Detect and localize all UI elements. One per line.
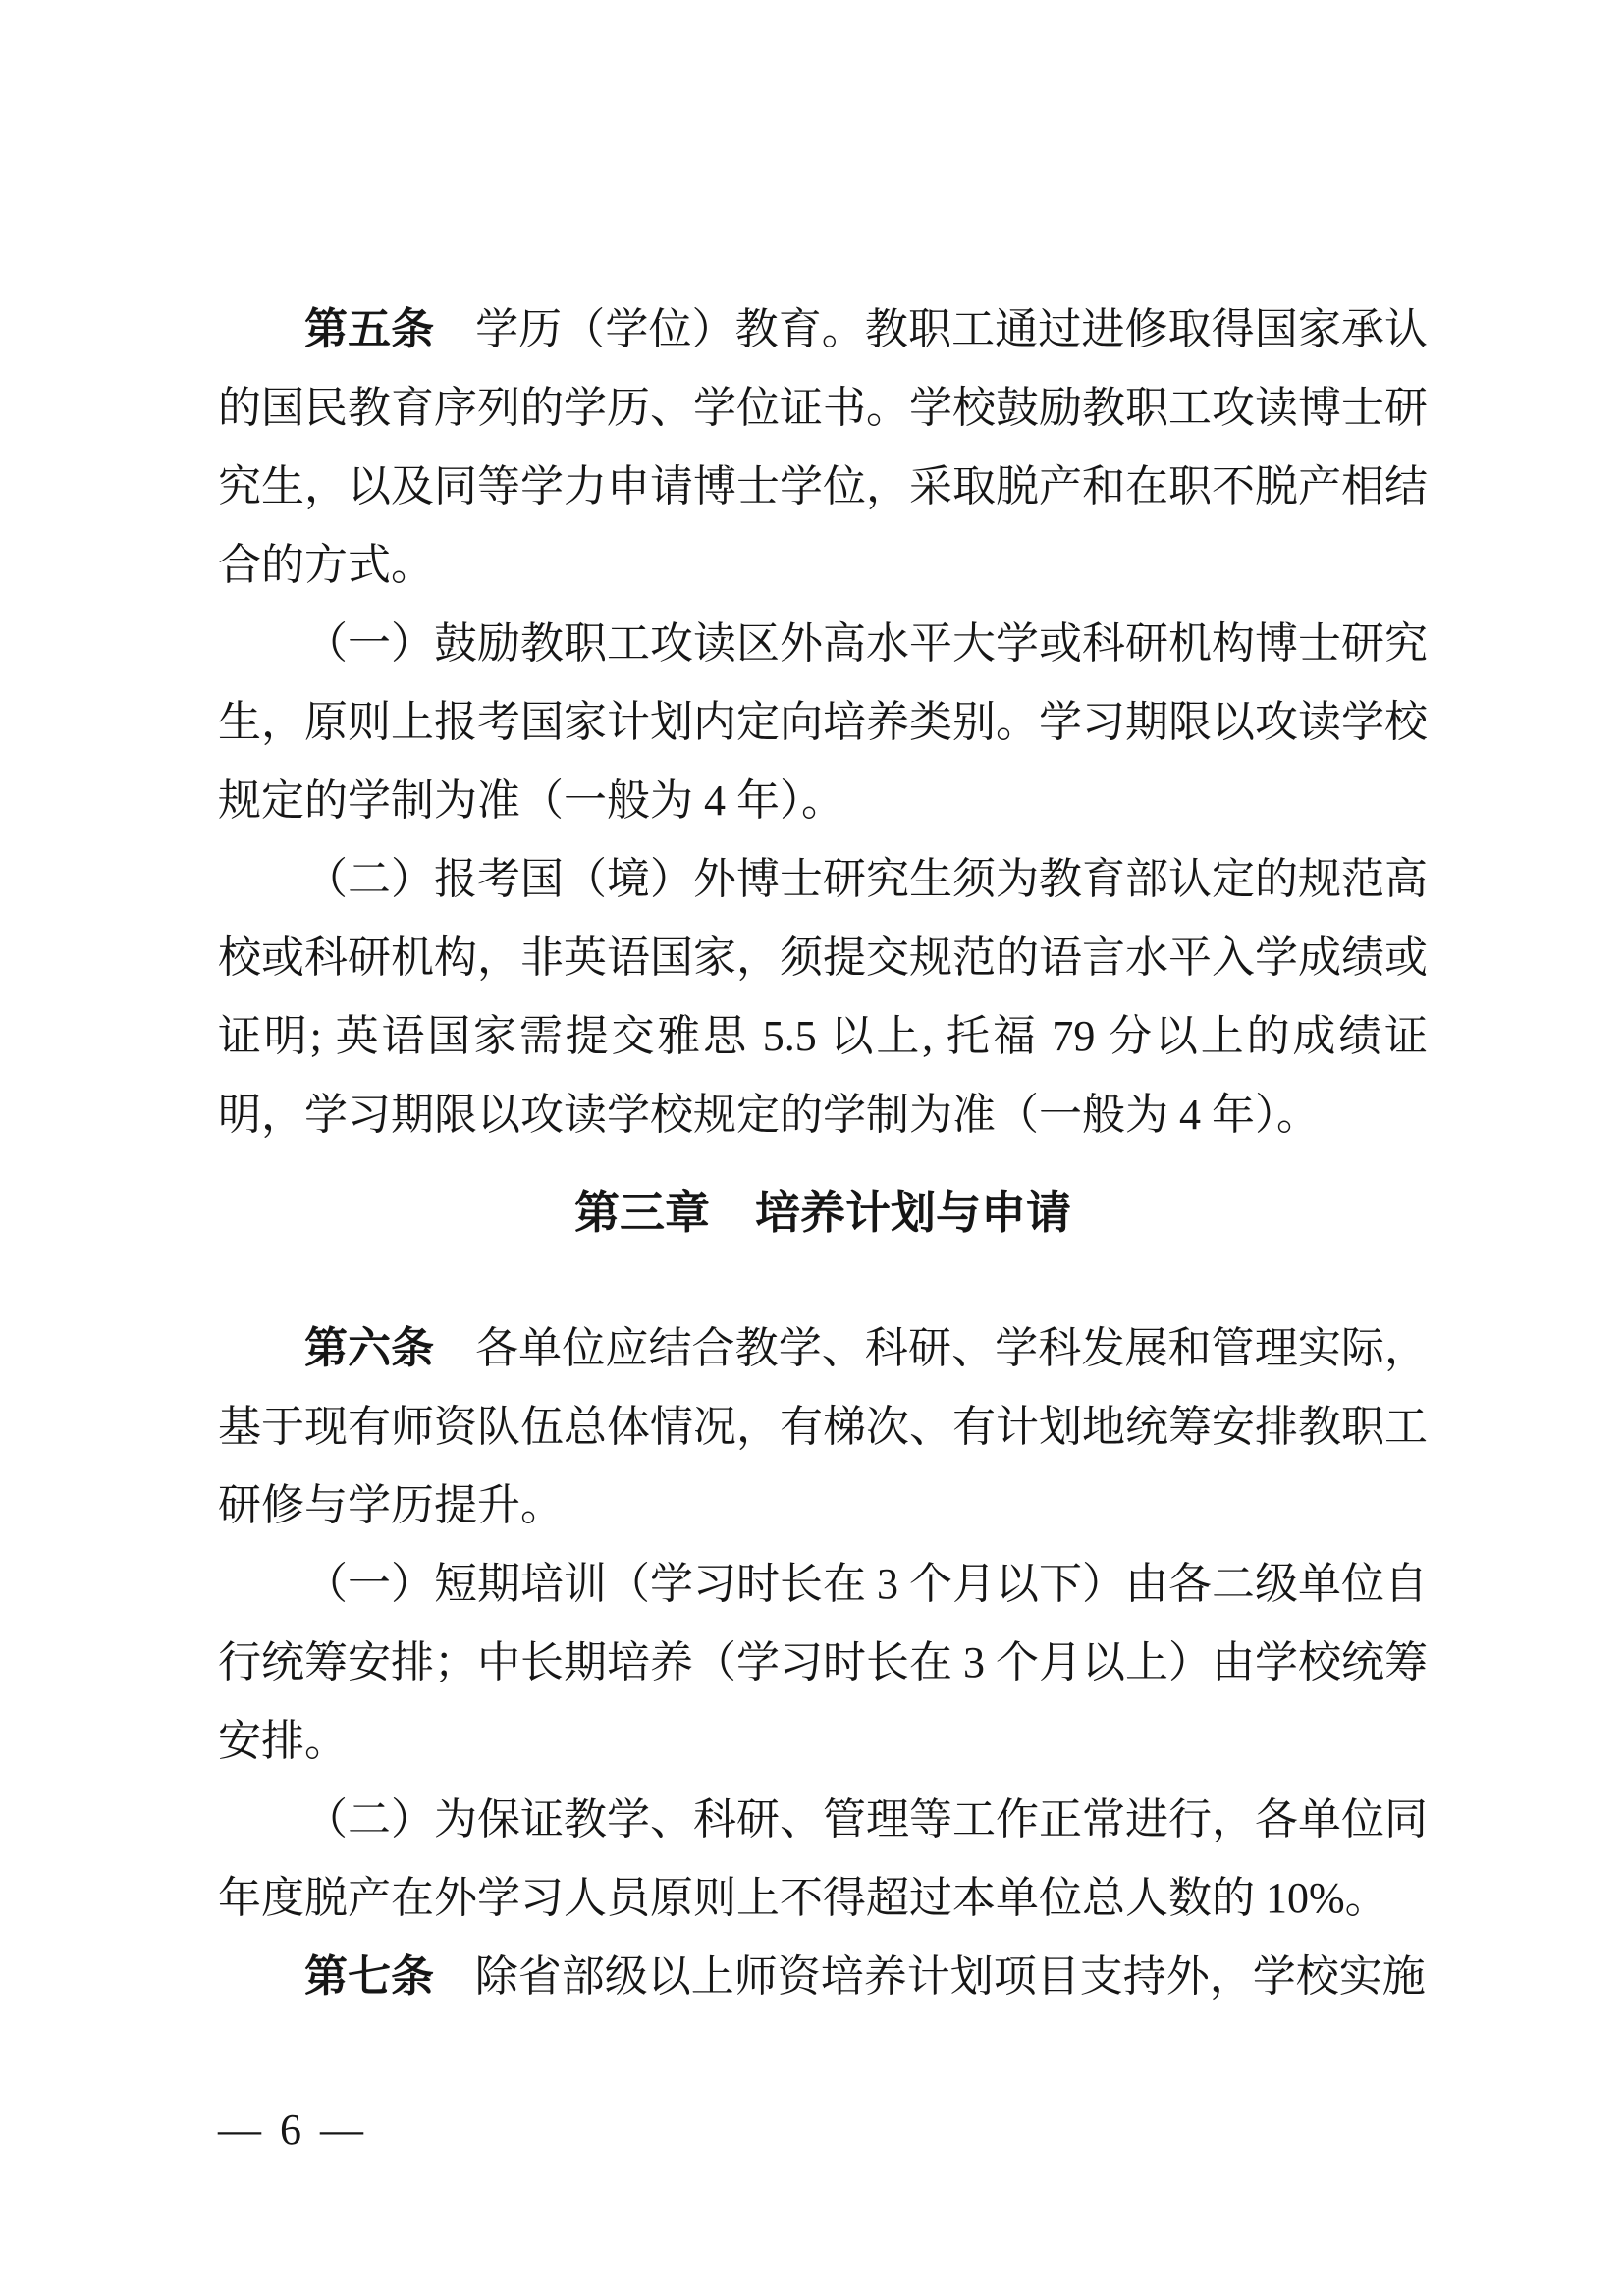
article-7-paragraph: 第七条除省部级以上师资培养计划项目支持外，学校实施 bbox=[218, 1938, 1428, 2016]
item-2-text: （二）报考国（境）外博士研究生须为教育部认定的规范高校或科研机构，非英语国家，须… bbox=[218, 855, 1428, 1139]
item-1-paragraph: （一）鼓励教职工攻读区外高水平大学或科研机构博士研究生，原则上报考国家计划内定向… bbox=[218, 605, 1428, 840]
item-1-text: （一）鼓励教职工攻读区外高水平大学或科研机构博士研究生，原则上报考国家计划内定向… bbox=[218, 619, 1428, 825]
item-3-paragraph: （一）短期培训（学习时长在 3 个月以下）由各二级单位自行统筹安排；中长期培养（… bbox=[218, 1545, 1428, 1781]
item-3-text: （一）短期培训（学习时长在 3 个月以下）由各二级单位自行统筹安排；中长期培养（… bbox=[218, 1560, 1428, 1765]
document-page: 第五条学历（学位）教育。教职工通过进修取得国家承认的国民教育序列的学历、学位证书… bbox=[0, 0, 1624, 2296]
page-number: — 6 — bbox=[218, 2101, 367, 2160]
article-6-label: 第六条 bbox=[304, 1324, 434, 1372]
item-4-text: （二）为保证教学、科研、管理等工作正常进行，各单位同年度脱产在外学习人员原则上不… bbox=[218, 1795, 1428, 1922]
item-2-paragraph: （二）报考国（境）外博士研究生须为教育部认定的规范高校或科研机构，非英语国家，须… bbox=[218, 840, 1428, 1154]
article-5-label: 第五条 bbox=[304, 305, 434, 353]
document-body: 第五条学历（学位）教育。教职工通过进修取得国家承认的国民教育序列的学历、学位证书… bbox=[218, 291, 1428, 2016]
article-7-label: 第七条 bbox=[304, 1952, 434, 2001]
article-5-paragraph: 第五条学历（学位）教育。教职工通过进修取得国家承认的国民教育序列的学历、学位证书… bbox=[218, 291, 1428, 605]
article-7-text: 除省部级以上师资培养计划项目支持外，学校实施 bbox=[475, 1952, 1426, 2001]
chapter-heading: 第三章 培养计划与申请 bbox=[218, 1172, 1428, 1253]
item-4-paragraph: （二）为保证教学、科研、管理等工作正常进行，各单位同年度脱产在外学习人员原则上不… bbox=[218, 1781, 1428, 1938]
article-6-paragraph: 第六条各单位应结合教学、科研、学科发展和管理实际，基于现有师资队伍总体情况，有梯… bbox=[218, 1309, 1428, 1545]
